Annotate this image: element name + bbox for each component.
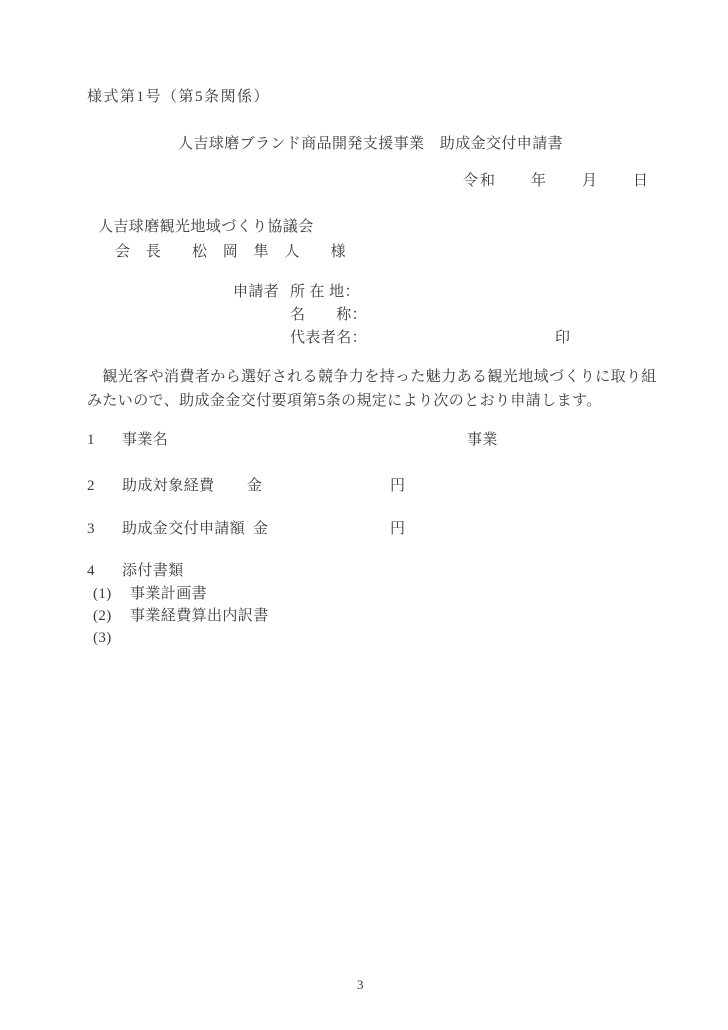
recipient-chairman: 会 長 松 岡 隼 人 様 bbox=[115, 243, 346, 261]
body-line-1: 観光客や消費者から選好される競争力を持った魅力ある観光地域づくりに取り組 bbox=[87, 368, 657, 386]
item-4-label: 添付書類 bbox=[122, 562, 184, 580]
applicant-label: 申請者 bbox=[233, 283, 279, 301]
item-1-label: 事業名 bbox=[122, 431, 168, 449]
attachment-1-label: 事業計画書 bbox=[130, 585, 207, 603]
item-2-amount-suffix: 円 bbox=[390, 477, 405, 495]
form-number: 様式第1号（第5条関係） bbox=[87, 88, 270, 106]
applicant-address-label: 所 在 地： bbox=[290, 283, 360, 301]
recipient-organization: 人吉球磨観光地域づくり協議会 bbox=[98, 218, 314, 236]
page-number: 3 bbox=[357, 977, 364, 993]
attachment-1-number: (1) bbox=[93, 585, 112, 603]
document-title: 人吉球磨ブランド商品開発支援事業 助成金交付申請書 bbox=[178, 135, 563, 153]
item-3-amount-prefix: 金 bbox=[253, 520, 268, 538]
item-3-number: 3 bbox=[87, 520, 95, 538]
item-1-number: 1 bbox=[87, 431, 95, 449]
item-3-label: 助成金交付申請額 bbox=[122, 520, 245, 538]
item-2-label: 助成対象経費 bbox=[122, 477, 214, 495]
body-line-2: みたいので、助成金金交付要項第5条の規定により次のとおり申請します。 bbox=[87, 392, 602, 410]
attachment-3-number: (3) bbox=[93, 629, 112, 647]
item-2-amount-prefix: 金 bbox=[247, 477, 262, 495]
attachment-2-label: 事業経費算出内訳書 bbox=[130, 607, 269, 625]
attachment-2-number: (2) bbox=[93, 607, 112, 625]
applicant-name-label: 名 称： bbox=[290, 306, 367, 324]
date-line: 令和 年 月 日 bbox=[463, 172, 650, 190]
item-3-amount-suffix: 円 bbox=[390, 520, 405, 538]
applicant-representative-label: 代表者名： bbox=[290, 329, 367, 347]
item-4-number: 4 bbox=[87, 562, 95, 580]
item-1-value: 事業 bbox=[467, 431, 498, 449]
item-2-number: 2 bbox=[87, 477, 95, 495]
document-page: 様式第1号（第5条関係） 人吉球磨ブランド商品開発支援事業 助成金交付申請書 令… bbox=[0, 0, 728, 1030]
seal-mark: 印 bbox=[555, 329, 570, 347]
